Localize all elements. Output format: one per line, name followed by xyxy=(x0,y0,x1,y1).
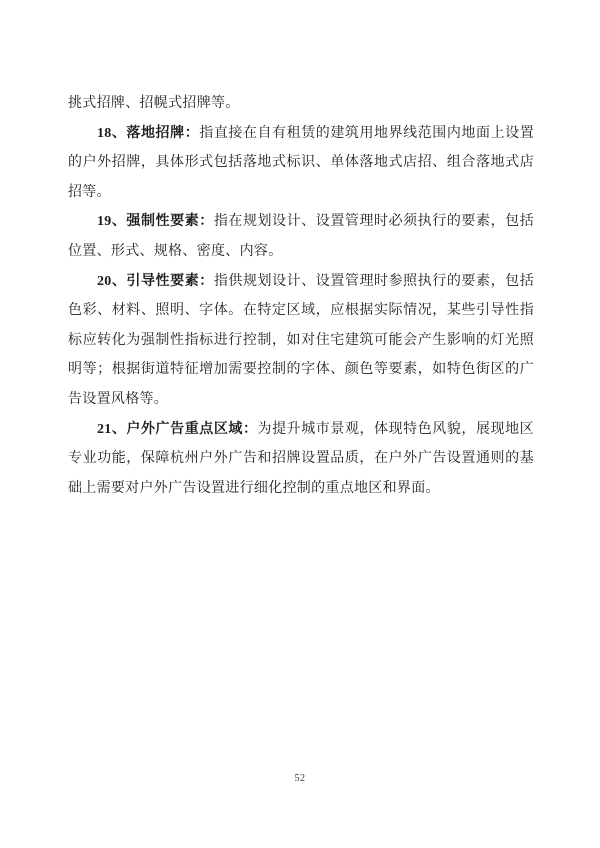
text-line: 挑式招牌、招幌式招牌等。 xyxy=(68,89,534,119)
body-text: 位置、形式、规格、密度、内容。 xyxy=(68,244,283,259)
text-line: 标应转化为强制性指标进行控制，如对住宅建筑可能会产生影响的灯光照 xyxy=(68,326,534,356)
body-text: 告设置风格等。 xyxy=(68,392,168,407)
body-text: 指在规划设计、设置管理时必须执行的要素，包括 xyxy=(214,214,534,229)
text-line: 础上需要对户外广告设置进行细化控制的重点地区和界面。 xyxy=(68,474,534,504)
document-page: 挑式招牌、招幌式招牌等。18、落地招牌：指直接在自有租赁的建筑用地界线范围内地面… xyxy=(0,0,600,848)
text-line: 位置、形式、规格、密度、内容。 xyxy=(68,237,534,267)
body-text: 招等。 xyxy=(68,185,111,200)
body-text: 标应转化为强制性指标进行控制，如对住宅建筑可能会产生影响的灯光照 xyxy=(68,333,534,348)
body-text: 明等；根据街道特征增加需要控制的字体、颜色等要素，如特色街区的广 xyxy=(68,362,534,377)
text-line: 明等；根据街道特征增加需要控制的字体、颜色等要素，如特色街区的广 xyxy=(68,355,534,385)
body-text: 指供规划设计、设置管理时参照执行的要素，包括 xyxy=(214,274,534,289)
page-number: 52 xyxy=(295,773,306,784)
text-line: 21、户外广告重点区域：为提升城市景观，体现特色风貌，展现地区 xyxy=(68,415,534,445)
text-line: 告设置风格等。 xyxy=(68,385,534,415)
body-text: 的户外招牌，具体形式包括落地式标识、单体落地式店招、组合落地式店 xyxy=(68,155,534,170)
text-line: 18、落地招牌：指直接在自有租赁的建筑用地界线范围内地面上设置 xyxy=(68,119,534,149)
text-line: 20、引导性要素：指供规划设计、设置管理时参照执行的要素，包括 xyxy=(68,267,534,297)
text-line: 色彩、材料、照明、字体。在特定区域，应根据实际情况，某些引导性指 xyxy=(68,296,534,326)
text-line: 19、强制性要素：指在规划设计、设置管理时必须执行的要素，包括 xyxy=(68,207,534,237)
body-text: 挑式招牌、招幌式招牌等。 xyxy=(68,96,240,111)
body-text: 为提升城市景观，体现特色风貌，展现地区 xyxy=(258,422,534,437)
body-text: 指直接在自有租赁的建筑用地界线范围内地面上设置 xyxy=(199,126,534,141)
term-label: 18、落地招牌： xyxy=(97,126,199,141)
page-footer: 52 xyxy=(0,768,600,786)
term-label: 20、引导性要素： xyxy=(97,274,214,289)
text-line: 招等。 xyxy=(68,178,534,208)
text-line: 专业功能，保障杭州户外广告和招牌设置品质，在户外广告设置通则的基 xyxy=(68,444,534,474)
body-text: 专业功能，保障杭州户外广告和招牌设置品质，在户外广告设置通则的基 xyxy=(68,451,534,466)
text-line: 的户外招牌，具体形式包括落地式标识、单体落地式店招、组合落地式店 xyxy=(68,148,534,178)
document-body: 挑式招牌、招幌式招牌等。18、落地招牌：指直接在自有租赁的建筑用地界线范围内地面… xyxy=(68,89,534,503)
term-label: 21、户外广告重点区域： xyxy=(97,422,258,437)
term-label: 19、强制性要素： xyxy=(97,214,214,229)
body-text: 色彩、材料、照明、字体。在特定区域，应根据实际情况，某些引导性指 xyxy=(68,303,534,318)
body-text: 础上需要对户外广告设置进行细化控制的重点地区和界面。 xyxy=(68,481,440,496)
